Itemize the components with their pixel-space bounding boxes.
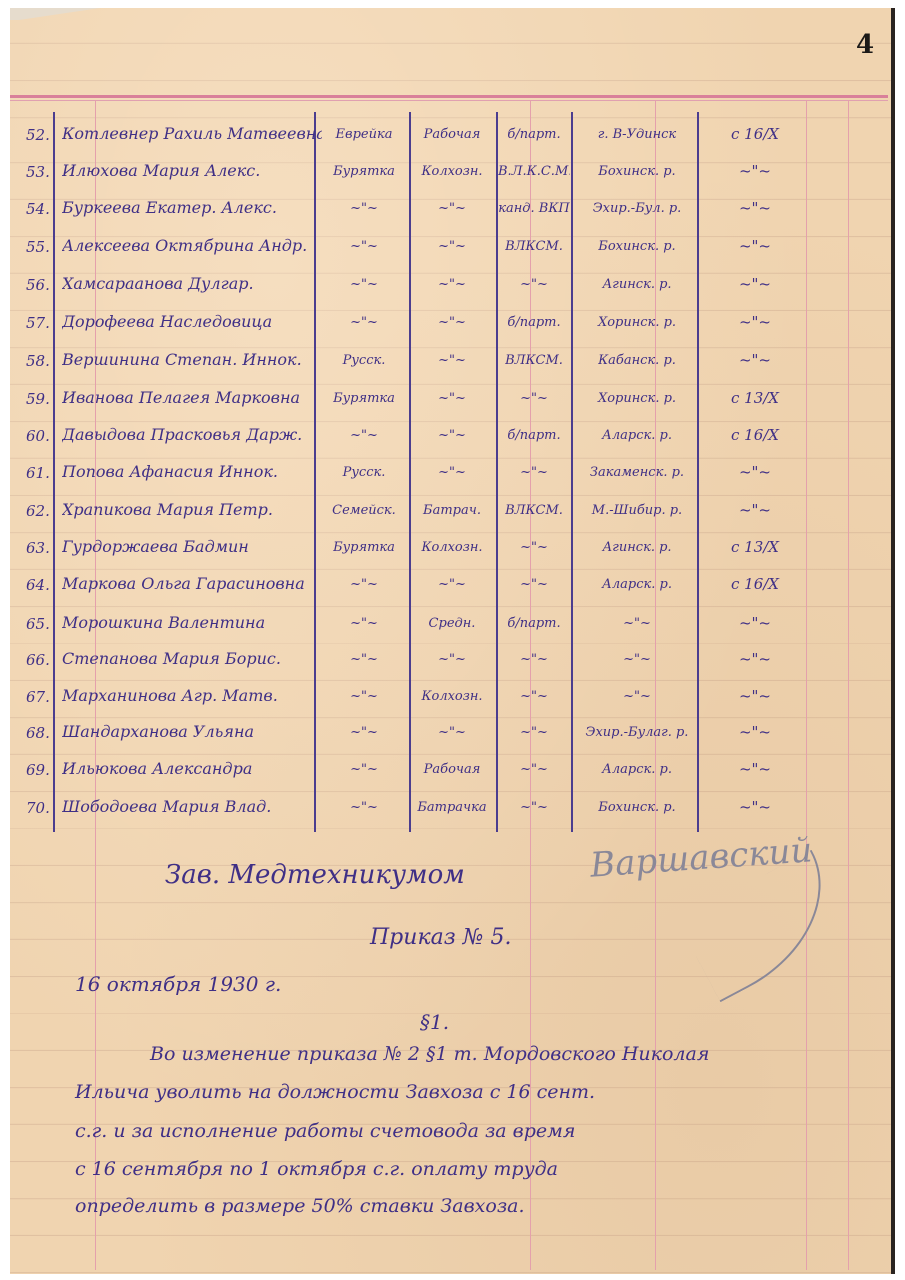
party: б/парт. [498, 315, 570, 330]
party: ~"~ [498, 465, 570, 480]
table-row: 68. Шандарханова Ульяна ~"~ ~"~ ~"~ Эхир… [0, 718, 885, 752]
student-name: Хамсараанова Дулгар. [62, 274, 322, 293]
nationality: Бурятка [322, 164, 406, 179]
nationality: Семейск. [322, 503, 406, 518]
student-name: Храпикова Мария Петр. [62, 500, 322, 519]
row-number: 56. [26, 276, 50, 294]
district: Эхир.-Бул. р. [574, 201, 700, 216]
district: Аларск. р. [574, 762, 700, 777]
row-number: 69. [26, 761, 50, 779]
student-name: Попова Афанасия Иннок. [62, 462, 322, 481]
order-text-line: с 16 сентября по 1 октября с.г. оплату т… [75, 1158, 558, 1180]
enrolled-date: ~"~ [712, 687, 798, 705]
student-name: Маркова Ольга Гарасиновна [62, 574, 322, 593]
table-row: 63. Гурдоржаева Бадмин Бурятка Колхозн. … [0, 533, 885, 567]
social-origin: Рабочая [410, 127, 494, 142]
party: б/парт. [498, 428, 570, 443]
nationality: ~"~ [322, 689, 406, 704]
enrolled-date: с 16/X [712, 575, 798, 593]
enrolled-date: ~"~ [712, 237, 798, 255]
student-name: Гурдоржаева Бадмин [62, 537, 322, 556]
table-row: 61. Попова Афанасия Иннок. Русск. ~"~ ~"… [0, 458, 885, 492]
row-number: 66. [26, 651, 50, 669]
district: М.-Шибир. р. [574, 503, 700, 518]
district: ~"~ [574, 652, 700, 667]
social-origin: Батрачка [410, 800, 494, 815]
row-number: 57. [26, 314, 50, 332]
party: ~"~ [498, 689, 570, 704]
nationality: ~"~ [322, 652, 406, 667]
row-number: 54. [26, 200, 50, 218]
student-name: Иванова Пелагея Марковна [62, 388, 322, 407]
party: канд. ВКП [498, 201, 570, 216]
enrolled-date: ~"~ [712, 275, 798, 293]
page-number: 4 [856, 30, 874, 60]
party: ~"~ [498, 652, 570, 667]
header-rule-thin [10, 100, 888, 101]
row-number: 65. [26, 615, 50, 633]
district: Аларск. р. [574, 428, 700, 443]
table-row: 57. Дорофеева Наследовица ~"~ ~"~ б/парт… [0, 308, 885, 342]
order-text-line: определить в размере 50% ставки Завхоза. [75, 1195, 525, 1217]
row-number: 61. [26, 464, 50, 482]
student-name: Шободоева Мария Влад. [62, 797, 322, 816]
table-row: 69. Ильюкова Александра ~"~ Рабочая ~"~ … [0, 755, 885, 789]
party: ~"~ [498, 762, 570, 777]
table-row: 55. Алексеева Октябрина Андр. ~"~ ~"~ ВЛ… [0, 232, 885, 266]
nationality: ~"~ [322, 616, 406, 631]
table-row: 59. Иванова Пелагея Марковна Бурятка ~"~… [0, 384, 885, 418]
social-origin: Рабочая [410, 762, 494, 777]
social-origin: ~"~ [410, 652, 494, 667]
party: ~"~ [498, 391, 570, 406]
row-number: 63. [26, 539, 50, 557]
table-row: 60. Давыдова Прасковья Дарж. ~"~ ~"~ б/п… [0, 421, 885, 455]
enrolled-date: ~"~ [712, 798, 798, 816]
enrolled-date: ~"~ [712, 501, 798, 519]
social-origin: ~"~ [410, 428, 494, 443]
table-row: 54. Буркеева Екатер. Алекс. ~"~ ~"~ канд… [0, 194, 885, 228]
social-origin: Колхозн. [410, 540, 494, 555]
enrolled-date: ~"~ [712, 760, 798, 778]
party: ~"~ [498, 540, 570, 555]
party: ~"~ [498, 277, 570, 292]
nationality: ~"~ [322, 315, 406, 330]
table-row: 52. Котлевнер Рахиль Матвеевна Еврейка Р… [0, 120, 885, 154]
district: Кабанск. р. [574, 353, 700, 368]
party: б/парт. [498, 127, 570, 142]
nationality: ~"~ [322, 239, 406, 254]
enrolled-date: ~"~ [712, 313, 798, 331]
nationality: ~"~ [322, 201, 406, 216]
district: Хоринск. р. [574, 391, 700, 406]
student-name: Степанова Мария Борис. [62, 649, 322, 668]
row-number: 67. [26, 688, 50, 706]
district: ~"~ [574, 616, 700, 631]
social-origin: ~"~ [410, 315, 494, 330]
district: Бохинск. р. [574, 164, 700, 179]
social-origin: ~"~ [410, 353, 494, 368]
social-origin: Колхозн. [410, 689, 494, 704]
row-number: 68. [26, 724, 50, 742]
party: ~"~ [498, 800, 570, 815]
table-row: 66. Степанова Мария Борис. ~"~ ~"~ ~"~ ~… [0, 645, 885, 679]
district: г. В-Удинск [574, 127, 700, 142]
nationality: ~"~ [322, 725, 406, 740]
district: Закаменск. р. [574, 465, 700, 480]
nationality: Бурятка [322, 540, 406, 555]
enrolled-date: ~"~ [712, 723, 798, 741]
party: ~"~ [498, 577, 570, 592]
signatory-title: Зав. Медтехникумом [165, 860, 465, 890]
enrolled-date: ~"~ [712, 351, 798, 369]
enrolled-date: с 16/X [712, 125, 798, 143]
row-number: 59. [26, 390, 50, 408]
student-name: Алексеева Октябрина Андр. [62, 236, 322, 255]
student-name: Марханинова Агр. Матв. [62, 686, 322, 705]
order-text-line: Во изменение приказа № 2 §1 т. Мордовско… [150, 1043, 709, 1065]
table-row: 58. Вершинина Степан. Иннок. Русск. ~"~ … [0, 346, 885, 380]
nationality: Бурятка [322, 391, 406, 406]
enrolled-date: с 16/X [712, 426, 798, 444]
district: Агинск. р. [574, 540, 700, 555]
student-name: Морошкина Валентина [62, 613, 322, 632]
social-origin: Колхозн. [410, 164, 494, 179]
nationality: ~"~ [322, 277, 406, 292]
party: ВЛКСМ. [498, 239, 570, 254]
enrolled-date: с 13/X [712, 538, 798, 556]
social-origin: Батрач. [410, 503, 494, 518]
student-name: Котлевнер Рахиль Матвеевна [62, 124, 322, 143]
party: ВЛКСМ. [498, 503, 570, 518]
social-origin: Средн. [410, 616, 494, 631]
student-name: Вершинина Степан. Иннок. [62, 350, 322, 369]
party: ВЛКСМ. [498, 353, 570, 368]
enrolled-date: ~"~ [712, 650, 798, 668]
district: Бохинск. р. [574, 800, 700, 815]
enrolled-date: с 13/X [712, 389, 798, 407]
table-row: 65. Морошкина Валентина ~"~ Средн. б/пар… [0, 609, 885, 643]
row-number: 60. [26, 427, 50, 445]
row-number: 64. [26, 576, 50, 594]
enrolled-date: ~"~ [712, 162, 798, 180]
nationality: ~"~ [322, 428, 406, 443]
order-text-line: с.г. и за исполнение работы счетовода за… [75, 1120, 575, 1142]
nationality: Еврейка [322, 127, 406, 142]
district: Бохинск. р. [574, 239, 700, 254]
row-number: 70. [26, 799, 50, 817]
district: Аларск. р. [574, 577, 700, 592]
nationality: ~"~ [322, 800, 406, 815]
table-row: 53. Илюхова Мария Алекс. Бурятка Колхозн… [0, 157, 885, 191]
order-date: 16 октября 1930 г. [75, 972, 281, 996]
row-number: 62. [26, 502, 50, 520]
social-origin: ~"~ [410, 277, 494, 292]
enrolled-date: ~"~ [712, 463, 798, 481]
nationality: Русск. [322, 353, 406, 368]
table-row: 70. Шободоева Мария Влад. ~"~ Батрачка ~… [0, 793, 885, 827]
social-origin: ~"~ [410, 201, 494, 216]
enrolled-date: ~"~ [712, 199, 798, 217]
district: ~"~ [574, 689, 700, 704]
student-name: Давыдова Прасковья Дарж. [62, 425, 322, 444]
student-name: Дорофеева Наследовица [62, 312, 322, 331]
row-number: 52. [26, 126, 50, 144]
party: ~"~ [498, 725, 570, 740]
table-row: 67. Марханинова Агр. Матв. ~"~ Колхозн. … [0, 682, 885, 716]
order-text-line: Ильича уволить на должности Завхоза с 16… [75, 1081, 595, 1103]
table-row: 62. Храпикова Мария Петр. Семейск. Батра… [0, 496, 885, 530]
row-number: 58. [26, 352, 50, 370]
district: Эхир.-Булаг. р. [574, 725, 700, 740]
social-origin: ~"~ [410, 465, 494, 480]
student-name: Шандарханова Ульяна [62, 722, 322, 741]
party: б/парт. [498, 616, 570, 631]
nationality: ~"~ [322, 577, 406, 592]
header-rule [10, 95, 888, 98]
paragraph-mark: §1. [420, 1010, 449, 1034]
nationality: Русск. [322, 465, 406, 480]
student-name: Илюхова Мария Алекс. [62, 161, 322, 180]
table-row: 64. Маркова Ольга Гарасиновна ~"~ ~"~ ~"… [0, 570, 885, 604]
social-origin: ~"~ [410, 577, 494, 592]
social-origin: ~"~ [410, 391, 494, 406]
party: В.Л.К.С.М. [498, 164, 570, 179]
district: Агинск. р. [574, 277, 700, 292]
student-name: Ильюкова Александра [62, 759, 322, 778]
row-number: 53. [26, 163, 50, 181]
district: Хоринск. р. [574, 315, 700, 330]
enrolled-date: ~"~ [712, 614, 798, 632]
row-number: 55. [26, 238, 50, 256]
social-origin: ~"~ [410, 239, 494, 254]
order-title: Приказ № 5. [370, 925, 512, 950]
nationality: ~"~ [322, 762, 406, 777]
social-origin: ~"~ [410, 725, 494, 740]
table-row: 56. Хамсараанова Дулгар. ~"~ ~"~ ~"~ Аги… [0, 270, 885, 304]
student-name: Буркеева Екатер. Алекс. [62, 198, 322, 217]
